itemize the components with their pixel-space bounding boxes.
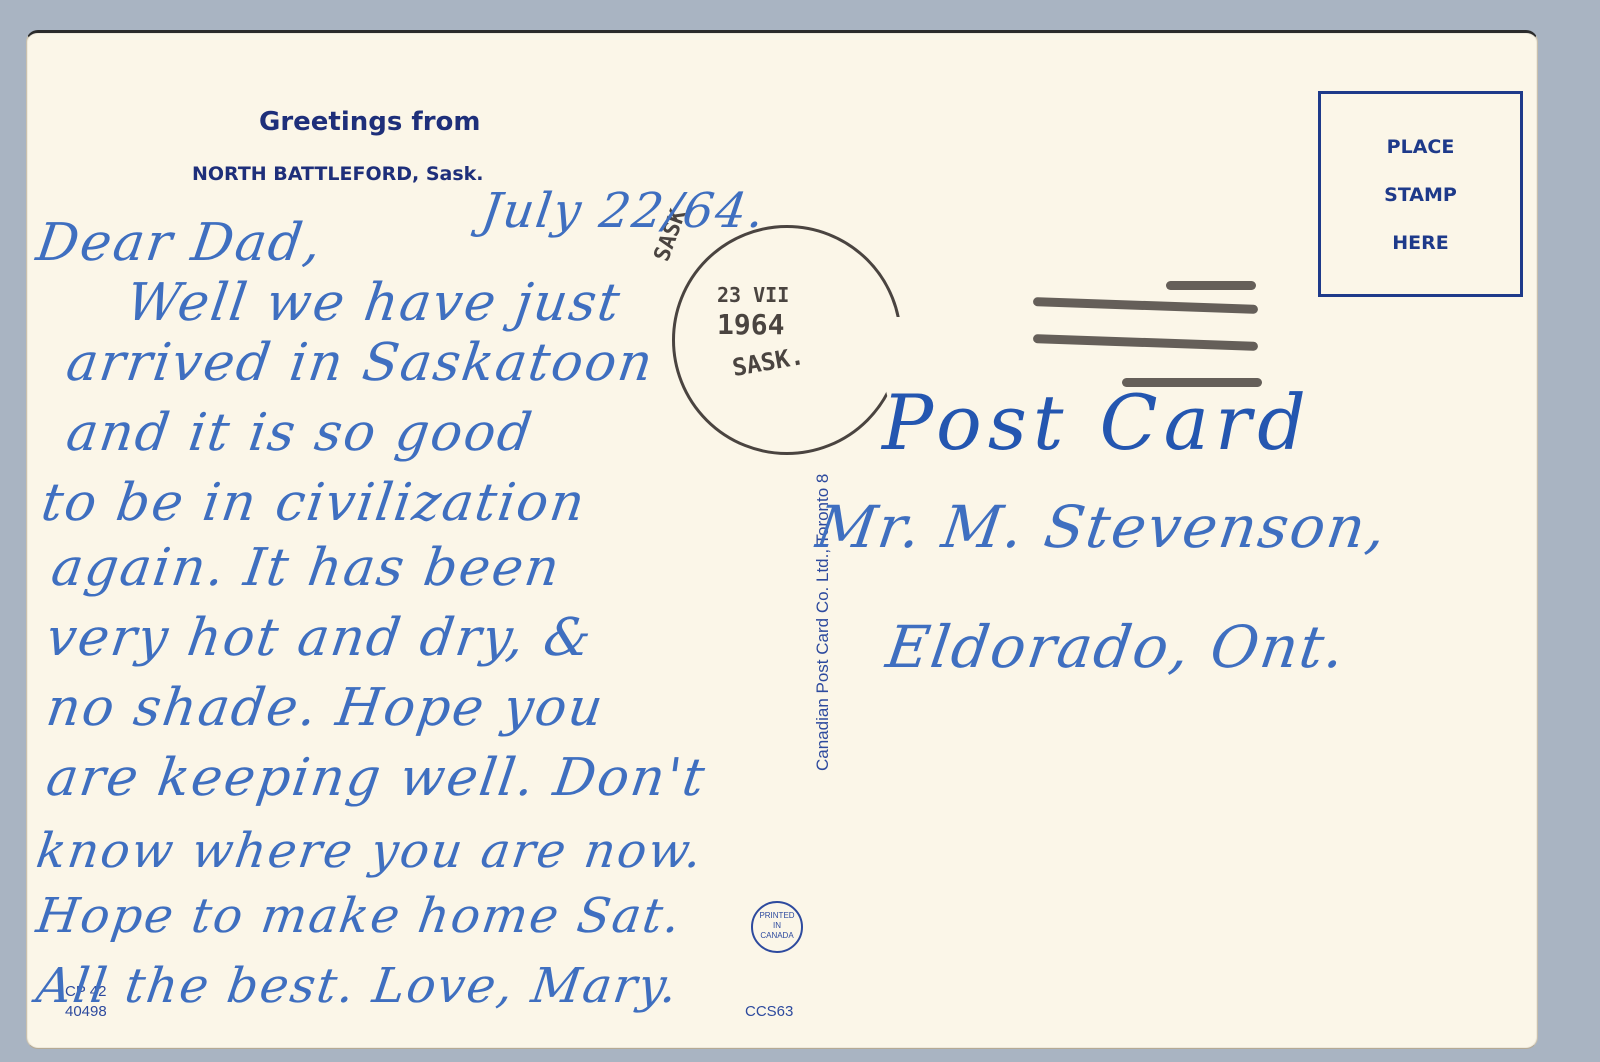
message-line: know where you are now. <box>33 823 707 879</box>
message-line: are keeping well. Don't <box>43 748 710 808</box>
message-line: and it is so good <box>63 403 537 463</box>
message-line: to be in civilization <box>38 473 590 533</box>
message-line: again. It has been <box>48 538 565 598</box>
postmark-year: 1964 <box>717 308 784 341</box>
message-line: arrived in Saskatoon <box>63 333 658 393</box>
seal-text: CANADA <box>753 931 801 941</box>
message-line: Well we have just <box>123 273 625 333</box>
cancellation-line <box>1166 281 1256 290</box>
postmark-circle <box>672 225 902 455</box>
printed-in-canada-seal: PRINTED IN CANADA <box>751 901 803 953</box>
stamp-label-line: PLACE <box>1321 136 1520 158</box>
postcard-back: Greetings from NORTH BATTLEFORD, Sask. P… <box>26 30 1538 1049</box>
message-line: All the best. Love, Mary. <box>33 958 682 1014</box>
stamp-label-line: HERE <box>1321 232 1520 254</box>
post-card-title: Post Card <box>882 378 1312 467</box>
seal-text: PRINTED <box>753 911 801 921</box>
stamp-label-line: STAMP <box>1321 184 1520 206</box>
postmark-date: 23 VII <box>717 283 789 307</box>
stamp-box: PLACE STAMP HERE <box>1318 91 1523 297</box>
cancellation-line <box>1033 297 1258 314</box>
greeting-heading: Greetings from <box>259 107 481 137</box>
address-location: Eldorado, Ont. <box>882 613 1350 681</box>
message-line: very hot and dry, & <box>43 608 597 668</box>
location-label: NORTH BATTLEFORD, Sask. <box>192 163 484 185</box>
series-code: CCS63 <box>745 1003 793 1020</box>
message-line: Dear Dad, <box>33 213 327 273</box>
address-name: Mr. M. Stevenson, <box>812 493 1392 561</box>
handwritten-date: July 22/64. <box>478 183 769 239</box>
seal-text: IN <box>753 921 801 931</box>
message-line: Hope to make home Sat. <box>33 888 685 944</box>
cancellation-line <box>1033 334 1258 351</box>
message-line: no shade. Hope you <box>43 678 608 738</box>
cancellation-line <box>1122 378 1262 387</box>
